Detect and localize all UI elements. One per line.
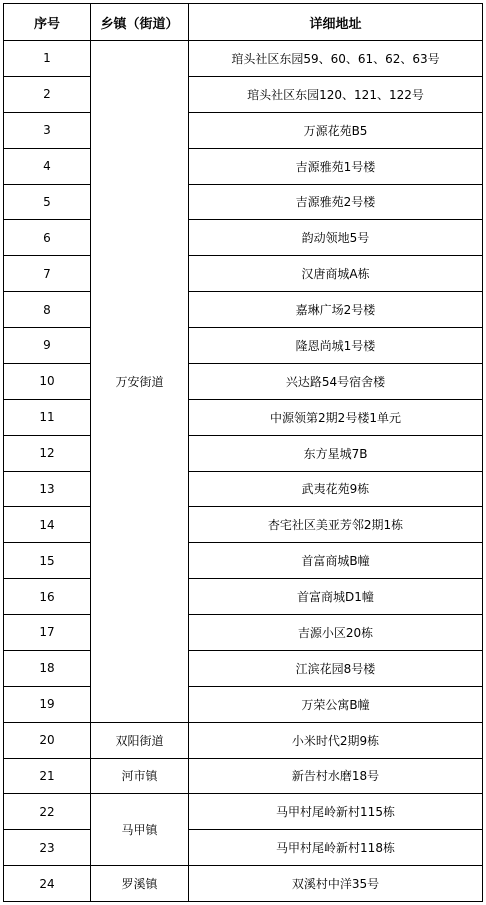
serial-cell: 5 [4,184,91,220]
serial-cell: 17 [4,615,91,651]
address-cell: 嘉琳广场2号楼 [189,292,483,328]
table-row: 21 河市镇 新告村水磨18号 [4,758,483,794]
table-row: 17 吉源小区20栋 [4,615,483,651]
table-row: 1 万安街道 琯头社区东园59、60、61、62、63号 [4,41,483,77]
table-row: 4 吉源雅苑1号楼 [4,148,483,184]
table-row: 10 兴达路54号宿舍楼 [4,363,483,399]
header-address: 详细地址 [189,4,483,41]
township-cell-wanan: 万安街道 [91,41,189,723]
address-cell: 万源花苑B5 [189,112,483,148]
table-row: 7 汉唐商城A栋 [4,256,483,292]
serial-cell: 10 [4,363,91,399]
table-body: 1 万安街道 琯头社区东园59、60、61、62、63号 2 琯头社区东园120… [4,41,483,902]
table-row: 9 隆恩尚城1号楼 [4,328,483,364]
document-page: 序号 乡镇（街道） 详细地址 1 万安街道 琯头社区东园59、60、61、62、… [0,0,486,905]
address-cell: 汉唐商城A栋 [189,256,483,292]
table-row: 18 江滨花园8号楼 [4,650,483,686]
serial-cell: 14 [4,507,91,543]
table-row: 6 韵动领地5号 [4,220,483,256]
table-row: 24 罗溪镇 双溪村中洋35号 [4,866,483,902]
serial-cell: 19 [4,686,91,722]
address-cell: 吉源雅苑1号楼 [189,148,483,184]
table-row: 22 马甲镇 马甲村尾岭新村115栋 [4,794,483,830]
serial-cell: 2 [4,76,91,112]
serial-cell: 1 [4,41,91,77]
serial-cell: 3 [4,112,91,148]
address-cell: 韵动领地5号 [189,220,483,256]
serial-cell: 8 [4,292,91,328]
serial-cell: 24 [4,866,91,902]
address-cell: 新告村水磨18号 [189,758,483,794]
serial-cell: 4 [4,148,91,184]
table-row: 15 首富商城B幢 [4,543,483,579]
address-cell: 万荣公寓B幢 [189,686,483,722]
serial-cell: 22 [4,794,91,830]
table-row: 16 首富商城D1幢 [4,579,483,615]
header-township: 乡镇（街道） [91,4,189,41]
table-row: 14 杏宅社区美亚芳邻2期1栋 [4,507,483,543]
table-row: 11 中源领第2期2号楼1单元 [4,399,483,435]
table-row: 2 琯头社区东园120、121、122号 [4,76,483,112]
table-row: 8 嘉琳广场2号楼 [4,292,483,328]
header-serial: 序号 [4,4,91,41]
serial-cell: 13 [4,471,91,507]
address-cell: 杏宅社区美亚芳邻2期1栋 [189,507,483,543]
table-row: 23 马甲村尾岭新村118栋 [4,830,483,866]
address-cell: 吉源雅苑2号楼 [189,184,483,220]
table-row: 5 吉源雅苑2号楼 [4,184,483,220]
address-table: 序号 乡镇（街道） 详细地址 1 万安街道 琯头社区东园59、60、61、62、… [3,3,483,902]
table-row: 13 武夷花苑9栋 [4,471,483,507]
address-cell: 武夷花苑9栋 [189,471,483,507]
serial-cell: 7 [4,256,91,292]
address-cell: 双溪村中洋35号 [189,866,483,902]
address-cell: 东方星城7B [189,435,483,471]
address-cell: 隆恩尚城1号楼 [189,328,483,364]
township-cell-luoxi: 罗溪镇 [91,866,189,902]
header-row: 序号 乡镇（街道） 详细地址 [4,4,483,41]
address-cell: 首富商城B幢 [189,543,483,579]
table-header: 序号 乡镇（街道） 详细地址 [4,4,483,41]
table-row: 19 万荣公寓B幢 [4,686,483,722]
table-row: 20 双阳街道 小米时代2期9栋 [4,722,483,758]
address-cell: 马甲村尾岭新村118栋 [189,830,483,866]
township-cell-shuangyang: 双阳街道 [91,722,189,758]
serial-cell: 23 [4,830,91,866]
township-cell-heshi: 河市镇 [91,758,189,794]
table-row: 12 东方星城7B [4,435,483,471]
address-cell: 小米时代2期9栋 [189,722,483,758]
serial-cell: 18 [4,650,91,686]
address-cell: 琯头社区东园120、121、122号 [189,76,483,112]
address-cell: 吉源小区20栋 [189,615,483,651]
serial-cell: 20 [4,722,91,758]
address-cell: 江滨花园8号楼 [189,650,483,686]
address-cell: 马甲村尾岭新村115栋 [189,794,483,830]
serial-cell: 15 [4,543,91,579]
serial-cell: 6 [4,220,91,256]
address-cell: 首富商城D1幢 [189,579,483,615]
serial-cell: 21 [4,758,91,794]
serial-cell: 11 [4,399,91,435]
address-cell: 琯头社区东园59、60、61、62、63号 [189,41,483,77]
address-cell: 中源领第2期2号楼1单元 [189,399,483,435]
serial-cell: 12 [4,435,91,471]
serial-cell: 9 [4,328,91,364]
serial-cell: 16 [4,579,91,615]
table-row: 3 万源花苑B5 [4,112,483,148]
township-cell-majia: 马甲镇 [91,794,189,866]
address-cell: 兴达路54号宿舍楼 [189,363,483,399]
